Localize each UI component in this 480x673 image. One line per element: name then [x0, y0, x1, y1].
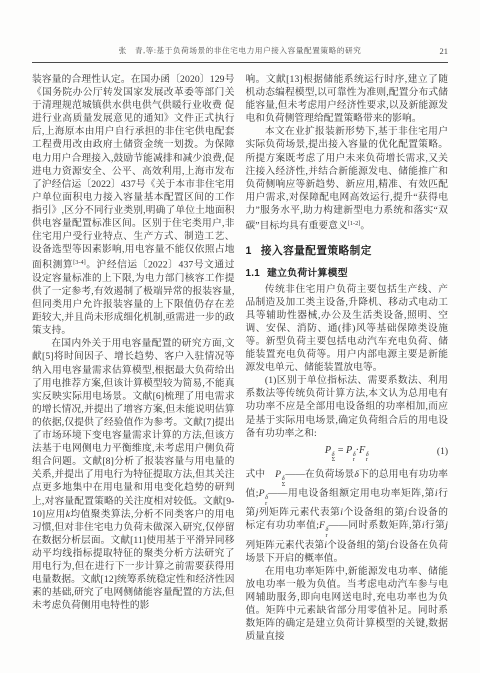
subscript: r	[353, 457, 355, 463]
text-run: 传统非住宅用户负荷主要包括生产线、产品制造及加工类主设备,升降机、移动式电动工具…	[246, 284, 449, 374]
math-var: F	[359, 445, 365, 456]
paragraph: 本文在业扩报装新形势下,基于非住宅用户实际负荷场景,提出接入容量的优化配置策略。…	[246, 125, 449, 232]
header-rule	[32, 62, 448, 63]
section-heading: 1接入容量配置策略制定	[246, 243, 449, 258]
text-run: 式中	[246, 469, 276, 480]
subscript: r	[265, 501, 267, 507]
math-var: P	[325, 445, 331, 456]
subscript: Σ	[282, 482, 286, 488]
equation-number: (1)	[437, 445, 448, 459]
paragraph: (1)区别于单位指标法、需要系数法、利用系数法等传统负荷计算方法,本文认为总用电…	[246, 374, 449, 439]
right-column: 响。文献[13]根据储能系统运行时序,建立了随机动态编程模型,以可靠性为准则,配…	[246, 73, 449, 643]
subscript: r	[326, 533, 328, 539]
heading-number: 1	[246, 245, 252, 257]
subscript: Σ	[332, 457, 336, 463]
math-var: P	[275, 469, 281, 480]
text-run: 列矩阵元素代表第	[258, 507, 340, 518]
citation-ref: [1-2]	[348, 220, 361, 227]
paragraph: 响。文献[13]根据储能系统运行时序,建立了随机动态编程模型,以可靠性为准则,配…	[246, 73, 449, 125]
equation: PδΣ = Pδr·Fδr(1)	[246, 444, 449, 463]
text-run: 个设备组的第	[327, 540, 386, 551]
text-run: 在用电功率矩阵中,新能源发电功率、储能放电功率一般为负值。当考虑电动汽车参与电网…	[246, 566, 449, 642]
two-column-body: 装容量的合理性认定。在国办函〔2020〕129号《国务院办公厅转发国家发展改革委…	[32, 73, 448, 643]
math-var: j	[445, 520, 448, 531]
math-sub-sup: δr	[366, 452, 369, 463]
paragraph: 装容量的合理性认定。在国办函〔2020〕129号《国务院办公厅转发国家发展改革委…	[32, 73, 235, 337]
text-run: (1)区别于单位指标法、需要系数法、利用系数法等传统负荷计算方法,本文认为总用电…	[246, 375, 449, 438]
paper-page: 张 青,等:基于负荷场景的非住宅电力用户接入容量配置策略的研究 21 装容量的合…	[0, 0, 480, 673]
text-run: 。沪经信运〔2022〕437号文通过设定容量标准的上下限,为电力部门核容工作提供…	[32, 260, 235, 336]
text-run: 装容量的合理性认定。在国办函〔2020〕129号《国务院办公厅转发国家发展改革委…	[32, 74, 235, 271]
math-var: P	[346, 445, 352, 456]
subscript: r	[366, 457, 368, 463]
left-column: 装容量的合理性认定。在国办函〔2020〕129号《国务院办公厅转发国家发展改革委…	[32, 73, 235, 643]
running-header: 张 青,等:基于负荷场景的非住宅电力用户接入容量配置策略的研究 21	[32, 45, 448, 57]
text-run: ——同时系数矩阵,第	[328, 520, 421, 531]
text-run: 响。文献[13]根据储能系统运行时序,建立了随机动态编程模型,以可靠性为准则,配…	[246, 74, 449, 124]
paragraph: 式中 PδΣ——在负荷场景δ下的总用电有功功率值;Pδr——用电设备组额定用电功…	[246, 468, 449, 565]
paragraph: 在用电功率矩阵中,新能源发电功率、储能放电功率一般为负值。当考虑电动汽车参与电网…	[246, 565, 449, 644]
running-title: 张 青,等:基于负荷场景的非住宅电力用户接入容量配置策略的研究	[119, 46, 362, 55]
text-run: 均值聚类算法,分析不同类客户的用电习惯,但对非住宅电力负荷未做深入研究,仅停留在…	[32, 509, 235, 612]
text-run: =	[335, 445, 346, 456]
citation-ref: [3-4]	[73, 259, 86, 266]
heading-text: 建立负荷计算模型	[267, 268, 348, 279]
text-run: 本文在业扩报装新形势下,基于非住宅用户实际负荷场景,提出接入容量的优化配置策略。…	[246, 126, 449, 231]
paragraph: 在国内外关于用电容量配置的研究方面,文献[5]将时间因子、增长趋势、客户入驻情况…	[32, 337, 235, 612]
subsection-heading: 1.1建立负荷计算模型	[246, 265, 449, 279]
text-run: 个设备组的第	[343, 507, 404, 518]
text-run: ——在负荷场景	[285, 469, 354, 480]
text-run: 。	[360, 221, 370, 232]
equation-body: PδΣ = Pδr·Fδr	[325, 445, 369, 456]
text-run: 在国内外关于用电容量配置的研究方面,文献[5]将时间因子、增长趋势、客户入驻情况…	[32, 338, 235, 519]
paragraph: 传统非住宅用户负荷主要包括生产线、产品制造及加工类主设备,升降机、移动式电动工具…	[246, 283, 449, 375]
math-var: F	[319, 520, 325, 531]
page-number: 21	[440, 45, 449, 57]
heading-text: 接入容量配置策略制定	[261, 245, 372, 257]
text-run: 列矩阵元素代表第	[246, 540, 325, 551]
heading-number: 1.1	[246, 268, 261, 279]
math-var: P	[259, 488, 265, 499]
text-run: ——用电设备组额定用电功率矩阵,第	[268, 488, 435, 499]
text-run: 行第	[425, 520, 446, 531]
